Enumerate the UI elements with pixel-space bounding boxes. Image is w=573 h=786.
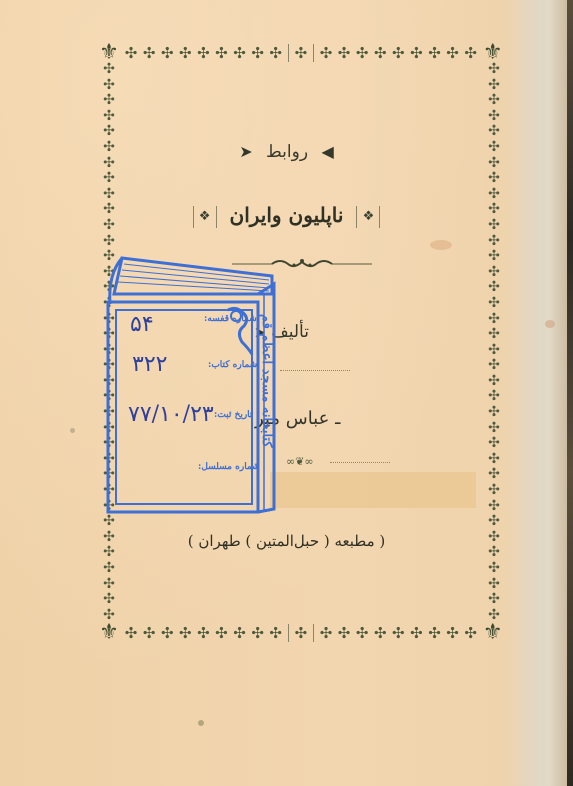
border-ornament-icon: ✣ (103, 93, 115, 107)
stamp-field-label: شماره مسلسل: (198, 462, 260, 472)
border-ornament-icon: ✣ (103, 187, 115, 201)
series-label: روابط (266, 142, 308, 162)
border-ornament-icon: ✣ (488, 436, 500, 450)
border-ornament-icon: ✣ (445, 623, 461, 643)
border-ornament-icon: ✣ (488, 124, 500, 138)
border-ornament-icon: ✣ (293, 43, 309, 63)
border-ornament-icon: ✣ (318, 623, 334, 643)
border-ornament-icon: ✣ (488, 405, 500, 419)
border-ornament-icon: ✣ (488, 234, 500, 248)
border-ornament-icon: ✣ (488, 608, 500, 622)
fleur-corner-icon: ⚜ (97, 43, 121, 63)
border-ornament-icon: ✣ (103, 109, 115, 123)
stamp-field-label: شماره قفسه: (204, 314, 257, 324)
border-ornament-icon: ✣ (488, 374, 500, 388)
border-ornament-icon: ✣ (488, 577, 500, 591)
border-ornament-icon: ✣ (372, 43, 388, 63)
border-ornament-icon: ✣ (408, 623, 424, 643)
border-ornament-icon: ✣ (336, 623, 352, 643)
publisher-line: ( مطبعه ( حبل‌المتین ) طهران ) (0, 532, 573, 550)
border-ornament-icon: ✣ (488, 171, 500, 185)
border-ornament-icon: ✣ (103, 592, 115, 606)
border-ornament-icon: ✣ (488, 280, 500, 294)
border-ornament-icon: ✣ (250, 43, 266, 63)
dotted-rule (330, 462, 390, 463)
ornamental-border-top: ⚜ ✣ ✣ ✣ ✣ ✣ ✣ ✣ ✣ ✣ ✣ ✣ ✣ ✣ ✣ ✣ ✣ ✣ ✣ ✣ … (97, 42, 505, 64)
border-ornament-icon: ✣ (103, 78, 115, 92)
border-ornament-icon: ✣ (488, 265, 500, 279)
small-ornament-icon: ∞❦∞ (286, 455, 314, 468)
border-ornament-icon: ✣ (488, 93, 500, 107)
border-ornament-icon: ✣ (103, 561, 115, 575)
border-ornament-icon: ✣ (488, 312, 500, 326)
stain (430, 240, 452, 250)
border-ornament-icon: ✣ (488, 78, 500, 92)
border-divider (288, 44, 289, 62)
border-ornament-icon: ✣ (213, 43, 229, 63)
border-ornament-icon: ✣ (103, 514, 115, 528)
border-ornament-icon: ✣ (488, 343, 500, 357)
stamp-field-label: شماره کتاب: (208, 360, 257, 370)
ornament-arrow-icon: ➤ (239, 142, 252, 161)
border-ornament-icon: ✣ (488, 452, 500, 466)
border-ornament-icon: ✣ (408, 43, 424, 63)
border-ornament-icon: ✣ (445, 43, 461, 63)
stamp-field-label: تاریخ ثبت: (214, 410, 252, 420)
border-ornament-icon: ✣ (103, 577, 115, 591)
border-ornament-icon: ✣ (336, 43, 352, 63)
border-ornament-icon: ✣ (159, 43, 175, 63)
border-divider (313, 44, 314, 62)
border-ornament-icon: ✣ (103, 171, 115, 185)
border-ornament-icon: ✣ (488, 249, 500, 263)
border-ornament-icon: ✣ (177, 623, 193, 643)
border-ornament-icon: ✣ (488, 561, 500, 575)
border-ornament-icon: ✣ (250, 623, 266, 643)
border-ornament-icon: ✣ (141, 43, 157, 63)
border-ornament-icon: ✣ (354, 43, 370, 63)
border-ornament-icon: ✣ (372, 623, 388, 643)
dotted-rule (280, 370, 350, 371)
ornamental-border-bottom: ⚜ ✣ ✣ ✣ ✣ ✣ ✣ ✣ ✣ ✣ ✣ ✣ ✣ ✣ ✣ ✣ ✣ ✣ ✣ ✣ … (97, 622, 505, 644)
border-ornament-icon: ✣ (268, 623, 284, 643)
border-ornament-icon: ✣ (488, 592, 500, 606)
series-heading: ◀ روابط ➤ (0, 142, 573, 162)
library-stamp: شماره قفسه: ۵۴ شماره کتاب: ۳۲۲ تاریخ ثبت… (104, 254, 284, 516)
border-ornament-icon: ✣ (488, 296, 500, 310)
border-ornament-icon: ✣ (318, 43, 334, 63)
border-ornament-icon: ✣ (390, 623, 406, 643)
border-ornament-icon: ✣ (488, 327, 500, 341)
border-ornament-icon: ✣ (268, 43, 284, 63)
border-ornament-icon: ✣ (488, 358, 500, 372)
fleur-corner-icon: ⚜ (481, 43, 505, 63)
stain (70, 428, 75, 433)
book-spine-edge (567, 0, 573, 786)
tape-remnant (270, 472, 476, 508)
border-ornament-icon: ✣ (293, 623, 309, 643)
border-ornament-icon: ✣ (426, 43, 442, 63)
border-ornament-icon: ✣ (488, 483, 500, 497)
book-title: ❖ ناپلیون وایران ❖ (0, 203, 573, 228)
border-ornament-icon: ✣ (123, 43, 139, 63)
border-ornament-icon: ✣ (103, 124, 115, 138)
border-ornament-icon: ✣ (488, 514, 500, 528)
page-edge-shadow (518, 0, 568, 786)
border-ornament-icon: ✣ (103, 608, 115, 622)
title-ornament-icon: ❖ (356, 206, 380, 228)
border-ornament-icon: ✣ (141, 623, 157, 643)
stamp-library-name: کتابخانه مسجد اعظم قم (259, 314, 274, 448)
border-ornament-icon: ✣ (426, 623, 442, 643)
title-text: ناپلیون وایران (230, 203, 344, 227)
border-ornament-icon: ✣ (195, 623, 211, 643)
border-ornament-icon: ✣ (390, 43, 406, 63)
border-divider (288, 624, 289, 642)
border-ornament-icon: ✣ (103, 62, 115, 76)
border-ornament-icon: ✣ (195, 43, 211, 63)
title-ornament-icon: ❖ (193, 206, 217, 228)
stamp-field-value: ۵۴ (130, 312, 154, 337)
border-divider (313, 624, 314, 642)
fleur-corner-icon: ⚜ (481, 623, 505, 643)
border-ornament-icon: ✣ (463, 623, 479, 643)
border-ornament-icon: ✣ (488, 62, 500, 76)
border-ornament-icon: ✣ (488, 187, 500, 201)
border-ornament-icon: ✣ (488, 109, 500, 123)
border-ornament-icon: ✣ (159, 623, 175, 643)
border-ornament-icon: ✣ (488, 467, 500, 481)
border-ornament-icon: ✣ (232, 43, 248, 63)
stain (198, 720, 204, 726)
border-ornament-icon: ✣ (123, 623, 139, 643)
book-stamp-outline-icon (104, 254, 284, 516)
border-ornament-icon: ✣ (232, 623, 248, 643)
border-ornament-icon: ✣ (177, 43, 193, 63)
stain (545, 320, 555, 328)
fleur-corner-icon: ⚜ (97, 623, 121, 643)
ornament-arrow-icon: ◀ (321, 142, 333, 161)
border-ornament-icon: ✣ (213, 623, 229, 643)
border-ornament-icon: ✣ (488, 499, 500, 513)
stamp-field-value: ۳۲۲ (132, 352, 167, 377)
border-ornament-icon: ✣ (354, 623, 370, 643)
border-ornament-icon: ✣ (103, 234, 115, 248)
stamp-field-value: ۷۷/۱۰/۲۳ (128, 402, 214, 427)
border-ornament-icon: ✣ (488, 421, 500, 435)
border-ornament-icon: ✣ (488, 389, 500, 403)
border-ornament-icon: ✣ (463, 43, 479, 63)
